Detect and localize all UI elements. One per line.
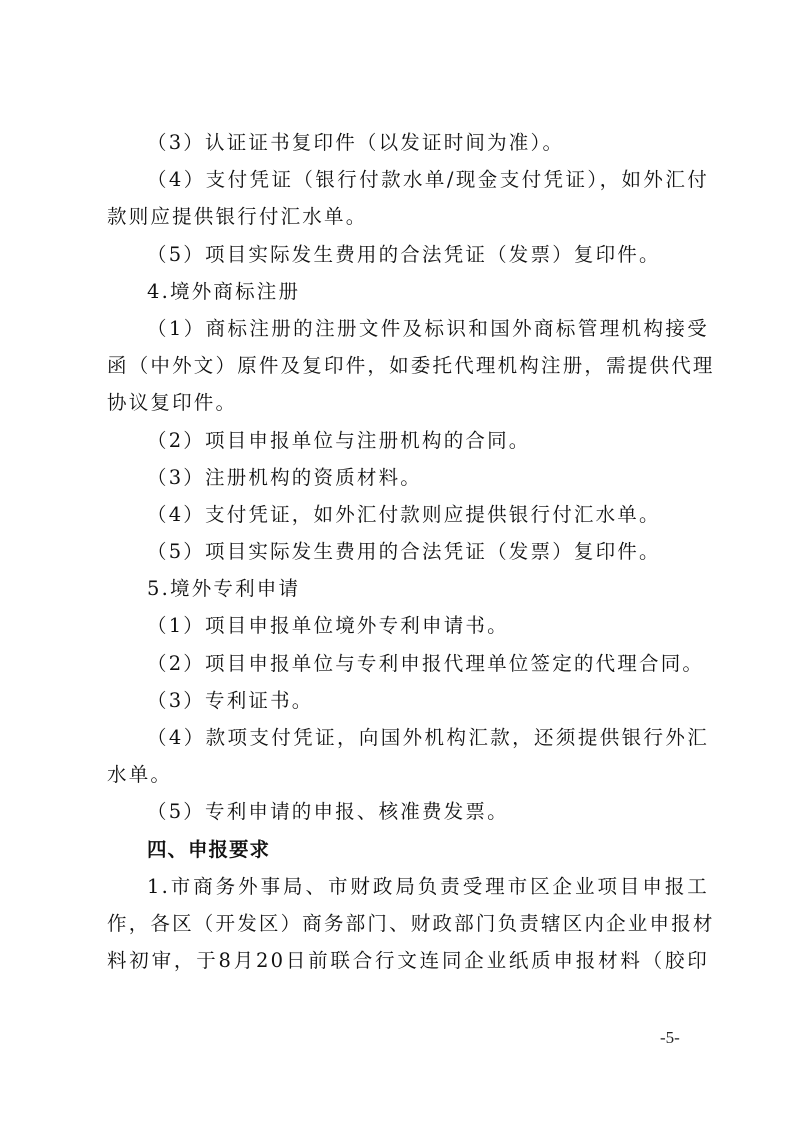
subheading-overseas-trademark: 4.境外商标注册: [107, 273, 709, 310]
trademark-item-1-continuation-a: 函（中外文）原件及复印件，如委托代理机构注册，需提供代理: [107, 347, 709, 384]
requirement-1-continuation-b: 料初审，于8月20日前联合行文连同企业纸质申报材料（胶印: [107, 942, 709, 979]
patent-item-4: （4）款项支付凭证，向国外机构汇款，还须提供银行外汇: [107, 719, 709, 756]
trademark-item-1-continuation-b: 协议复印件。: [107, 384, 709, 421]
patent-item-4-continuation: 水单。: [107, 756, 709, 793]
requirement-1: 1.市商务外事局、市财政局负责受理市区企业项目申报工: [107, 868, 709, 905]
page-number: -5-: [660, 1028, 680, 1048]
patent-item-3: （3）专利证书。: [107, 682, 709, 719]
trademark-item-3: （3）注册机构的资质材料。: [107, 459, 709, 496]
trademark-item-5: （5）项目实际发生费用的合法凭证（发票）复印件。: [107, 533, 709, 570]
list-item-5-invoice-copy: （5）项目实际发生费用的合法凭证（发票）复印件。: [107, 236, 709, 273]
list-item-4-continuation: 款则应提供银行付汇水单。: [107, 198, 709, 235]
patent-item-5: （5）专利申请的申报、核准费发票。: [107, 793, 709, 830]
document-page: （3）认证证书复印件（以发证时间为准）。 （4）支付凭证（银行付款水单/现金支付…: [107, 124, 709, 979]
trademark-item-2: （2）项目申报单位与注册机构的合同。: [107, 422, 709, 459]
section-heading-application-requirements: 四、申报要求: [107, 831, 709, 868]
subheading-overseas-patent: 5.境外专利申请: [107, 570, 709, 607]
trademark-item-1: （1）商标注册的注册文件及标识和国外商标管理机构接受: [107, 310, 709, 347]
list-item-3-cert-copy: （3）认证证书复印件（以发证时间为准）。: [107, 124, 709, 161]
trademark-item-4: （4）支付凭证，如外汇付款则应提供银行付汇水单。: [107, 496, 709, 533]
requirement-1-continuation-a: 作，各区（开发区）商务部门、财政部门负责辖区内企业申报材: [107, 905, 709, 942]
patent-item-1: （1）项目申报单位境外专利申请书。: [107, 607, 709, 644]
patent-item-2: （2）项目申报单位与专利申报代理单位签定的代理合同。: [107, 645, 709, 682]
list-item-4-payment-voucher: （4）支付凭证（银行付款水单/现金支付凭证），如外汇付: [107, 161, 709, 198]
